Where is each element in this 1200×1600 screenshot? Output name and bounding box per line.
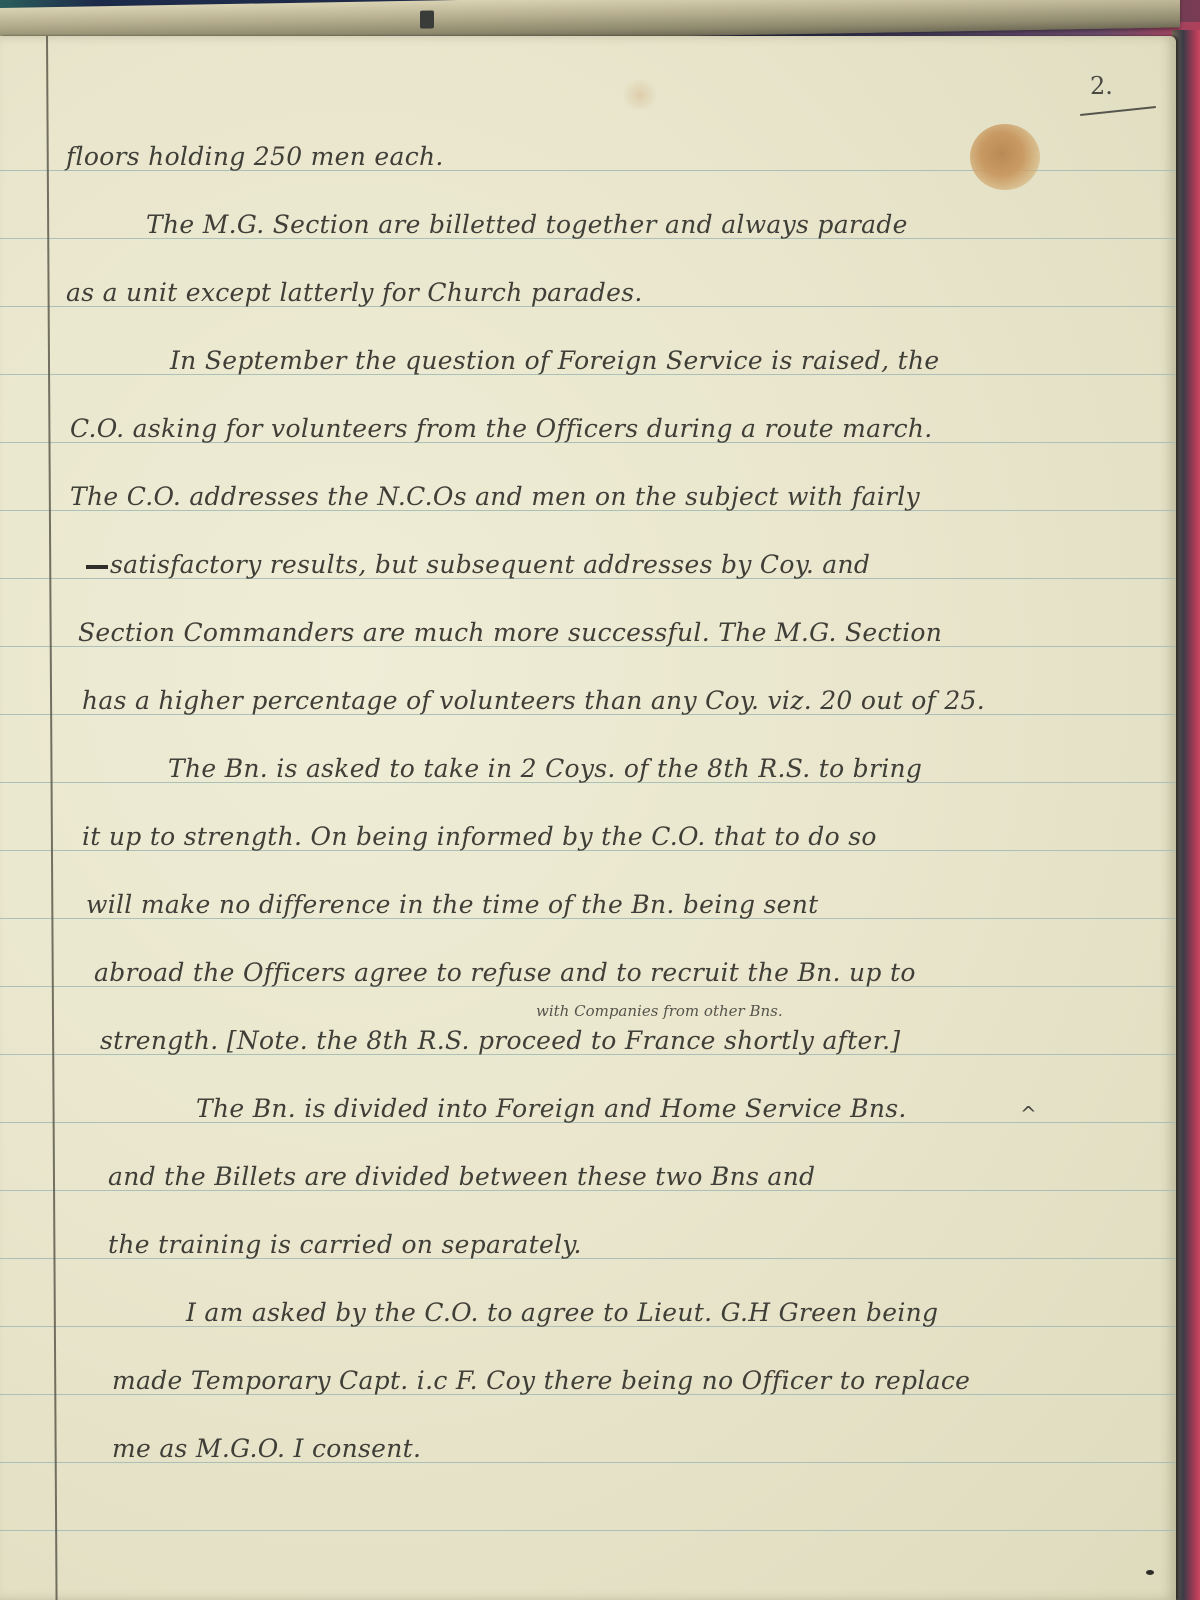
text-line: made Temporary Capt. i.c F. Coy there be… — [112, 1366, 970, 1395]
page-number: 2. — [1090, 72, 1113, 100]
text-line: has a higher percentage of volunteers th… — [82, 686, 985, 715]
text-line: The Bn. is asked to take in 2 Coys. of t… — [168, 754, 922, 783]
text-line: The C.O. addresses the N.C.Os and men on… — [70, 482, 920, 511]
text-line: The Bn. is divided into Foreign and Home… — [196, 1094, 907, 1123]
text-line: floors holding 250 men each. — [66, 142, 444, 171]
text-line: and the Billets are divided between thes… — [108, 1162, 815, 1191]
notebook-right-edge — [1172, 30, 1200, 1600]
interlinear-insertion: with Companies from other Bns. — [536, 1002, 783, 1020]
text-line: I am asked by the C.O. to agree to Lieut… — [186, 1298, 938, 1327]
text-line: the training is carried on separately. — [108, 1230, 582, 1259]
text-line: will make no difference in the time of t… — [86, 890, 818, 919]
faint-stain — [620, 80, 660, 110]
ruled-line — [0, 1530, 1176, 1531]
stain-mark — [970, 124, 1040, 190]
cover-mark — [420, 10, 434, 28]
text-line: satisfactory results, but subsequent add… — [86, 550, 870, 579]
text-line: Section Commanders are much more success… — [78, 618, 942, 647]
text-line: as a unit except latterly for Church par… — [66, 278, 643, 307]
struck-mark — [86, 565, 108, 569]
text-line: me as M.G.O. I consent. — [112, 1434, 421, 1463]
text-line: In September the question of Foreign Ser… — [170, 346, 939, 375]
ink-spot — [1146, 1570, 1154, 1575]
text-line: abroad the Officers agree to refuse and … — [94, 958, 916, 987]
text-line-content: satisfactory results, but subsequent add… — [110, 550, 870, 579]
page-number-underline — [1080, 106, 1156, 116]
notebook-page: 2. floors holding 250 men each. The M.G.… — [0, 36, 1176, 1600]
text-line: The M.G. Section are billetted together … — [146, 210, 908, 239]
text-line: strength. [Note. the 8th R.S. proceed to… — [100, 1026, 900, 1055]
text-line: it up to strength. On being informed by … — [82, 822, 877, 851]
text-line: C.O. asking for volunteers from the Offi… — [70, 414, 933, 443]
insertion-caret: ^ — [1020, 1102, 1037, 1126]
